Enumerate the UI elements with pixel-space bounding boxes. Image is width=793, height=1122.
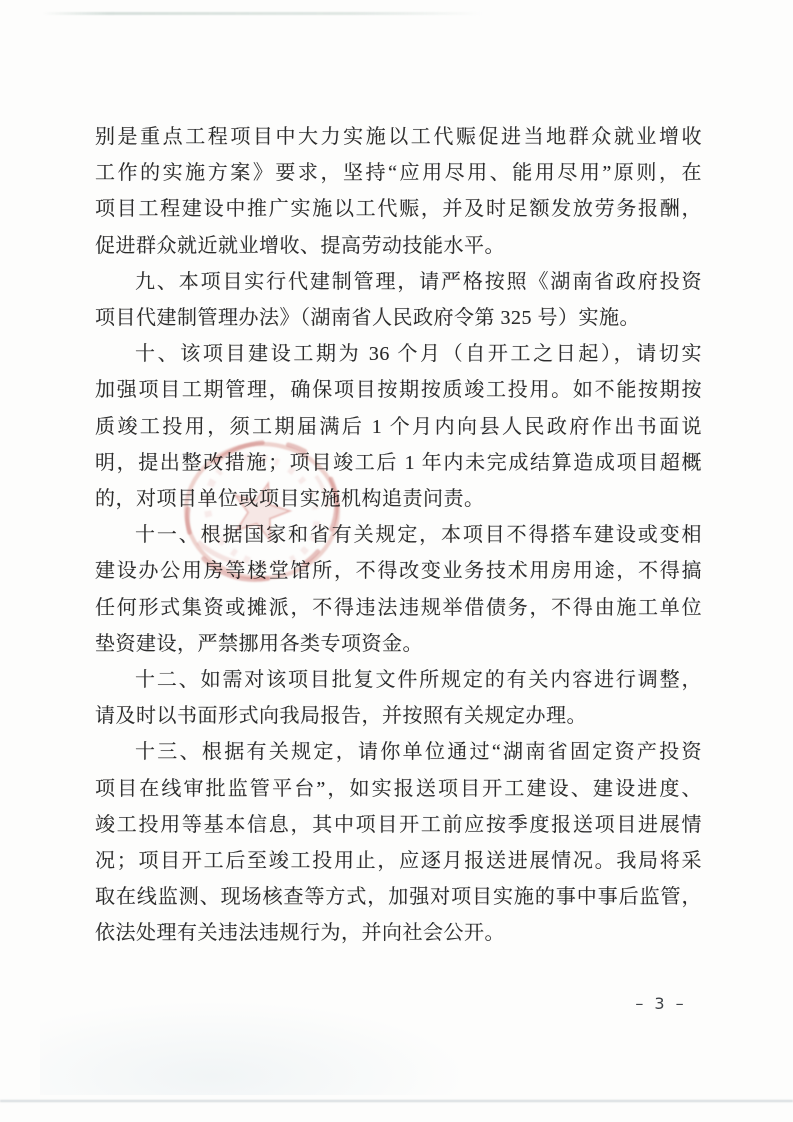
text-line: 十二、如需对该项目批复文件所规定的有关内容进行调整， <box>95 662 702 698</box>
text-line: 的，对项目单位或项目实施机构追责问责。 <box>95 481 702 517</box>
text-line: 十一、根据国家和省有关规定，本项目不得搭车建设或变相 <box>95 517 702 553</box>
text-line: 项目在线审批监管平台”，如实报送项目开工建设、建设进度、 <box>95 771 702 807</box>
scan-artifact-line-top <box>42 12 482 15</box>
paragraph-continuation: 别是重点工程项目中大力实施以工代赈促进当地群众就业增收 工作的实施方案》要求，坚… <box>95 119 702 264</box>
page-number: – 3 – <box>616 994 706 1013</box>
text-line: 十三、根据有关规定，请你单位通过“湖南省固定资产投资 <box>95 734 702 770</box>
text-line: 十、该项目建设工期为 36 个月（自开工之日起），请切实 <box>95 336 702 372</box>
text-line: 明，提出整改措施；项目竣工后 1 年内未完成结算造成项目超概 <box>95 445 702 481</box>
text-line: 质竣工投用，须工期届满后 1 个月内向县人民政府作出书面说 <box>95 409 702 445</box>
paragraph-item-11: 十一、根据国家和省有关规定，本项目不得搭车建设或变相 建设办公用房等楼堂馆所，不… <box>95 517 702 662</box>
paragraph-item-12: 十二、如需对该项目批复文件所规定的有关内容进行调整， 请及时以书面形式向我局报告… <box>95 662 702 734</box>
text-line: 竣工投用等基本信息，其中项目开工前应按季度报送项目进展情 <box>95 807 702 843</box>
text-line: 况；项目开工后至竣工投用止，应逐月报送进展情况。我局将采 <box>95 843 702 879</box>
text-line: 任何形式集资或摊派，不得违法违规举借债务，不得由施工单位 <box>95 590 702 626</box>
document-body-text: 别是重点工程项目中大力实施以工代赈促进当地群众就业增收 工作的实施方案》要求，坚… <box>95 119 702 952</box>
text-line: 项目工程建设中推广实施以工代赈，并及时足额发放劳务报酬， <box>95 191 702 227</box>
text-line: 垫资建设，严禁挪用各类专项资金。 <box>95 626 702 662</box>
text-line: 促进群众就近就业增收、提高劳动技能水平。 <box>95 228 702 264</box>
scan-artifact-smudge <box>40 1000 470 1095</box>
text-line: 九、本项目实行代建制管理，请严格按照《湖南省政府投资 <box>95 264 702 300</box>
scan-artifact-page-edge <box>0 1100 793 1102</box>
paragraph-item-13: 十三、根据有关规定，请你单位通过“湖南省固定资产投资 项目在线审批监管平台”，如… <box>95 734 702 951</box>
text-line: 依法处理有关违法违规行为，并向社会公开。 <box>95 915 702 951</box>
text-line: 项目代建制管理办法》（湖南省人民政府令第 325 号）实施。 <box>95 300 702 336</box>
text-line: 建设办公用房等楼堂馆所，不得改变业务技术用房用途，不得搞 <box>95 553 702 589</box>
text-line: 加强项目工期管理，确保项目按期按质竣工投用。如不能按期按 <box>95 372 702 408</box>
paragraph-item-10: 十、该项目建设工期为 36 个月（自开工之日起），请切实 加强项目工期管理，确保… <box>95 336 702 517</box>
text-line: 请及时以书面形式向我局报告，并按照有关规定办理。 <box>95 698 702 734</box>
text-line: 别是重点工程项目中大力实施以工代赈促进当地群众就业增收 <box>95 119 702 155</box>
paragraph-item-9: 九、本项目实行代建制管理，请严格按照《湖南省政府投资 项目代建制管理办法》（湖南… <box>95 264 702 336</box>
text-line: 取在线监测、现场核查等方式，加强对项目实施的事中事后监管， <box>95 879 702 915</box>
scanned-document-page: { "page": { "number_label": "– 3 –" }, "… <box>0 0 793 1122</box>
text-line: 工作的实施方案》要求，坚持“应用尽用、能用尽用”原则，在 <box>95 155 702 191</box>
